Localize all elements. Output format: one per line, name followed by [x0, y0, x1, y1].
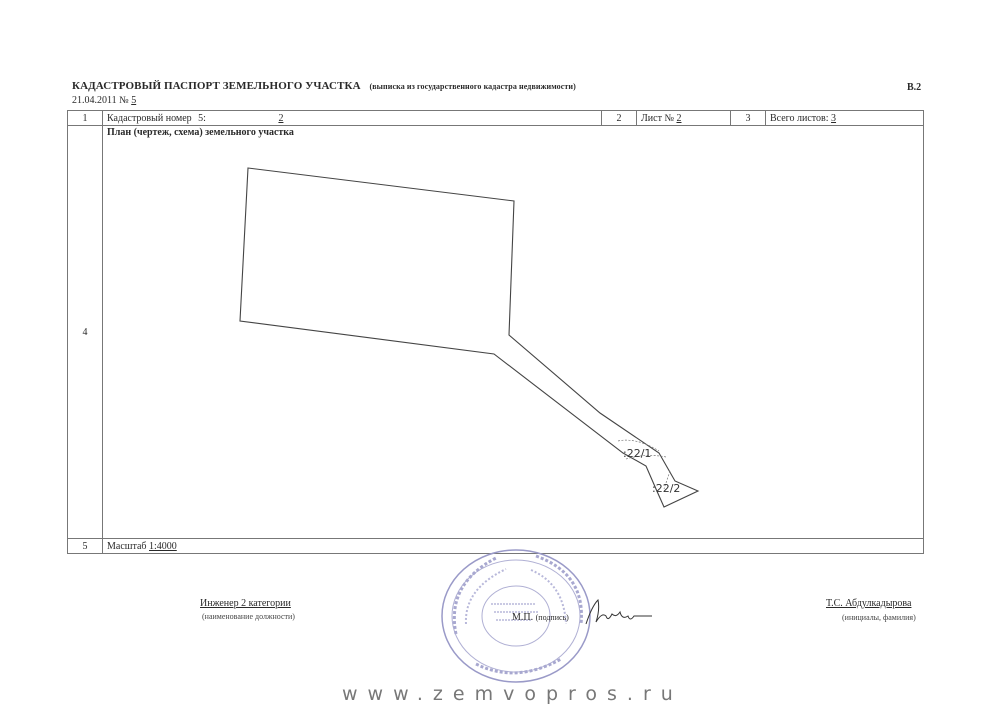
position-title: Инженер 2 категории [200, 598, 291, 609]
document-date-number: 21.04.2011 № 5 [72, 95, 136, 106]
signer-name: Т.С. Абдулкадырова [826, 598, 911, 609]
cadastral-label: Кадастровый номер [107, 113, 192, 124]
row-num-3: 3 [731, 111, 766, 126]
total-sheets: 3 [831, 113, 836, 124]
cadastral-part1: 5: [198, 113, 206, 124]
stamp-signature-block: М.П. (подпись) [512, 612, 569, 623]
position-note: (наименование должности) [202, 612, 295, 621]
scale-label: Масштаб [107, 541, 147, 552]
form-code: В.2 [907, 82, 921, 93]
signer-name-note: (инициалы, фамилия) [842, 613, 916, 622]
cadastral-number-cell: Кадастровый номер 5: 2 [103, 111, 602, 126]
number-label: № [119, 95, 129, 106]
land-plot-drawing: :22/1 :22/2 [103, 126, 929, 538]
parcel-label-2: :22/2 [652, 482, 680, 495]
title-text: КАДАСТРОВЫЙ ПАСПОРТ ЗЕМЕЛЬНОГО УЧАСТКА [72, 80, 361, 92]
row-plan: 4 План (чертеж, схема) земельного участк… [68, 126, 924, 539]
sheet-label: Лист № [641, 113, 674, 124]
row-cadastral-number: 1 Кадастровый номер 5: 2 2 Лист № 2 3 Вс… [68, 111, 924, 126]
parcel-label-1: :22/1 [623, 447, 651, 460]
signature-icon [582, 596, 654, 628]
sheet-cell: Лист № 2 [637, 111, 731, 126]
signature-note: (подпись) [536, 613, 569, 622]
document-title: КАДАСТРОВЫЙ ПАСПОРТ ЗЕМЕЛЬНОГО УЧАСТКА (… [72, 80, 576, 92]
passport-table: 1 Кадастровый номер 5: 2 2 Лист № 2 3 Вс… [67, 110, 924, 554]
cadastral-part2: 2 [278, 113, 283, 124]
row-num-5: 5 [68, 539, 103, 554]
row-num-2: 2 [602, 111, 637, 126]
scale-value: 1:4000 [149, 541, 177, 552]
sheet-number: 2 [676, 113, 681, 124]
total-sheets-label: Всего листов: [770, 113, 829, 124]
row-num: 1 [68, 111, 103, 126]
title-subtitle: (выписка из государственного кадастра не… [370, 82, 576, 91]
plan-cell: План (чертеж, схема) земельного участка … [103, 126, 924, 539]
total-sheets-cell: Всего листов: 3 [766, 111, 924, 126]
stamp-label: М.П. [512, 612, 533, 623]
row-num-4: 4 [68, 126, 103, 539]
document-number: 5 [131, 95, 136, 106]
watermark-url: www.zemvopros.ru [342, 683, 683, 705]
document-date: 21.04.2011 [72, 95, 117, 106]
